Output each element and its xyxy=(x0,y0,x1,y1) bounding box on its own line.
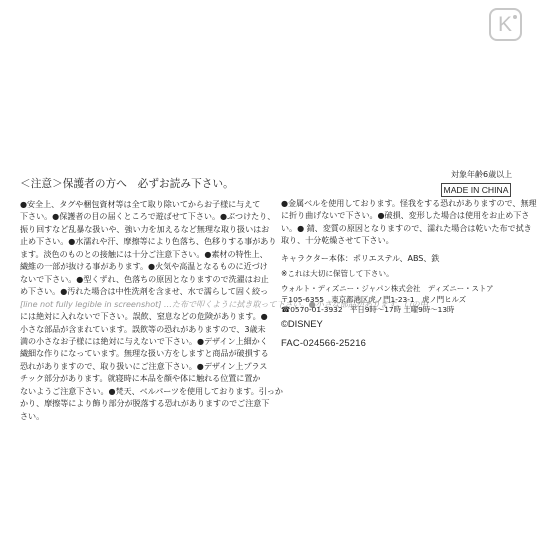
target-age-label: 対象年齢6歳以上 xyxy=(451,169,512,180)
logo-dot xyxy=(513,15,517,19)
caution-text-left: ●安全上、タグや梱包資材等は全て取り除いてからお子様に与えて 下さい。●保護者の… xyxy=(20,198,262,422)
company-name: ウォルト・ディズニー・ジャパン株式会社 ディズニー・ストア xyxy=(281,284,493,295)
text-line: チック部分があります。就寝時に本品を顔や体に触れる位置に置か xyxy=(20,372,262,384)
text-line: め下さい。●汚れた場合は中性洗剤を含ませ、水で濡らして固く絞っ xyxy=(20,285,262,297)
text-line: さい。 xyxy=(20,410,262,422)
text-line: 満の小さなお子様には絶対に与えないで下さい。●デザイン上細かく xyxy=(20,335,262,347)
text-line: かり、摩擦等により飾り部分が脱落する恐れがありますのでご注意下 xyxy=(20,397,262,409)
text-line: に折り曲げないで下さい。●破損、変形した場合は使用をお止め下さ xyxy=(281,209,531,221)
text-line: ないで下さい。●型くずれ、色落ちの原因となりますので洗濯はお止 xyxy=(20,273,262,285)
text-line: い。● 錆、変質の原因となりますので、濡れた場合は乾いた布で拭き xyxy=(281,222,531,234)
text-line: 繊細な作りになっています。無理な扱い方をしますと商品が破損する xyxy=(20,347,262,359)
text-line: 取り、十分乾燥させて下さい。 xyxy=(281,234,531,246)
text-line: 止め下さい。●水濡れや汗、摩擦等により色落ち、色移りする事があり xyxy=(20,235,262,247)
text-line: ないようご注意下さい。●梵天、ベルパーツを使用しております。引っか xyxy=(20,385,262,397)
brand-logo: K xyxy=(489,8,522,41)
k-badge-icon: K xyxy=(498,12,512,38)
caution-heading: ＜注意＞保護者の方へ 必ずお読み下さい。 xyxy=(20,176,234,191)
text-line: 小さな部品が含まれています。誤飲等の恐れがありますので、3歳未 xyxy=(20,323,262,335)
text-line: 繊維の一部が抜ける事があります。●火気や高温となるものに近づけ xyxy=(20,260,262,272)
company-phone: ☎0570-01-3932 平日9時～17時 土曜9時～13時 xyxy=(281,305,493,316)
text-line: には絶対に入れないで下さい。誤飲、窒息などの危険があります。● xyxy=(20,310,262,322)
text-line: ●安全上、タグや梱包資材等は全て取り除いてからお子様に与えて xyxy=(20,198,262,210)
material-info: キャラクター本体：ポリエステル、ABS、鉄 xyxy=(281,253,439,264)
text-line: 振り回すなど乱暴な扱いや、強い力を加えるなど無理な取り扱いはお xyxy=(20,223,262,235)
company-info: ウォルト・ディズニー・ジャパン株式会社 ディズニー・ストア 〒105-6355 … xyxy=(281,284,493,316)
text-line-partial: [line not fully legible in screenshot] …… xyxy=(20,298,262,310)
storage-note: ※これは大切に保管して下さい。 xyxy=(281,268,394,279)
caution-text-right: ●金属ベルを使用しております。怪我をする恐れがありますので、無理 に折り曲げない… xyxy=(281,197,531,246)
text-line: ます。淡色のものとの接触には十分ご注意下さい。●素材の特性上、 xyxy=(20,248,262,260)
product-code: FAC-024566-25216 xyxy=(281,337,366,348)
text-line: 下さい。●保護者の目の届くところで遊ばせて下さい。●ぶつけたり、 xyxy=(20,210,262,222)
text-line: ●金属ベルを使用しております。怪我をする恐れがありますので、無理 xyxy=(281,197,531,209)
text-line: 恐れがありますので、取り扱いにご注意下さい。●デザイン上プラス xyxy=(20,360,262,372)
country-of-origin-box: MADE IN CHINA xyxy=(441,183,511,197)
company-address: 〒105-6355 東京都港区虎ノ門1-23-1 虎ノ門ヒルズ xyxy=(281,295,493,306)
copyright-notice: ©DISNEY xyxy=(281,318,323,329)
